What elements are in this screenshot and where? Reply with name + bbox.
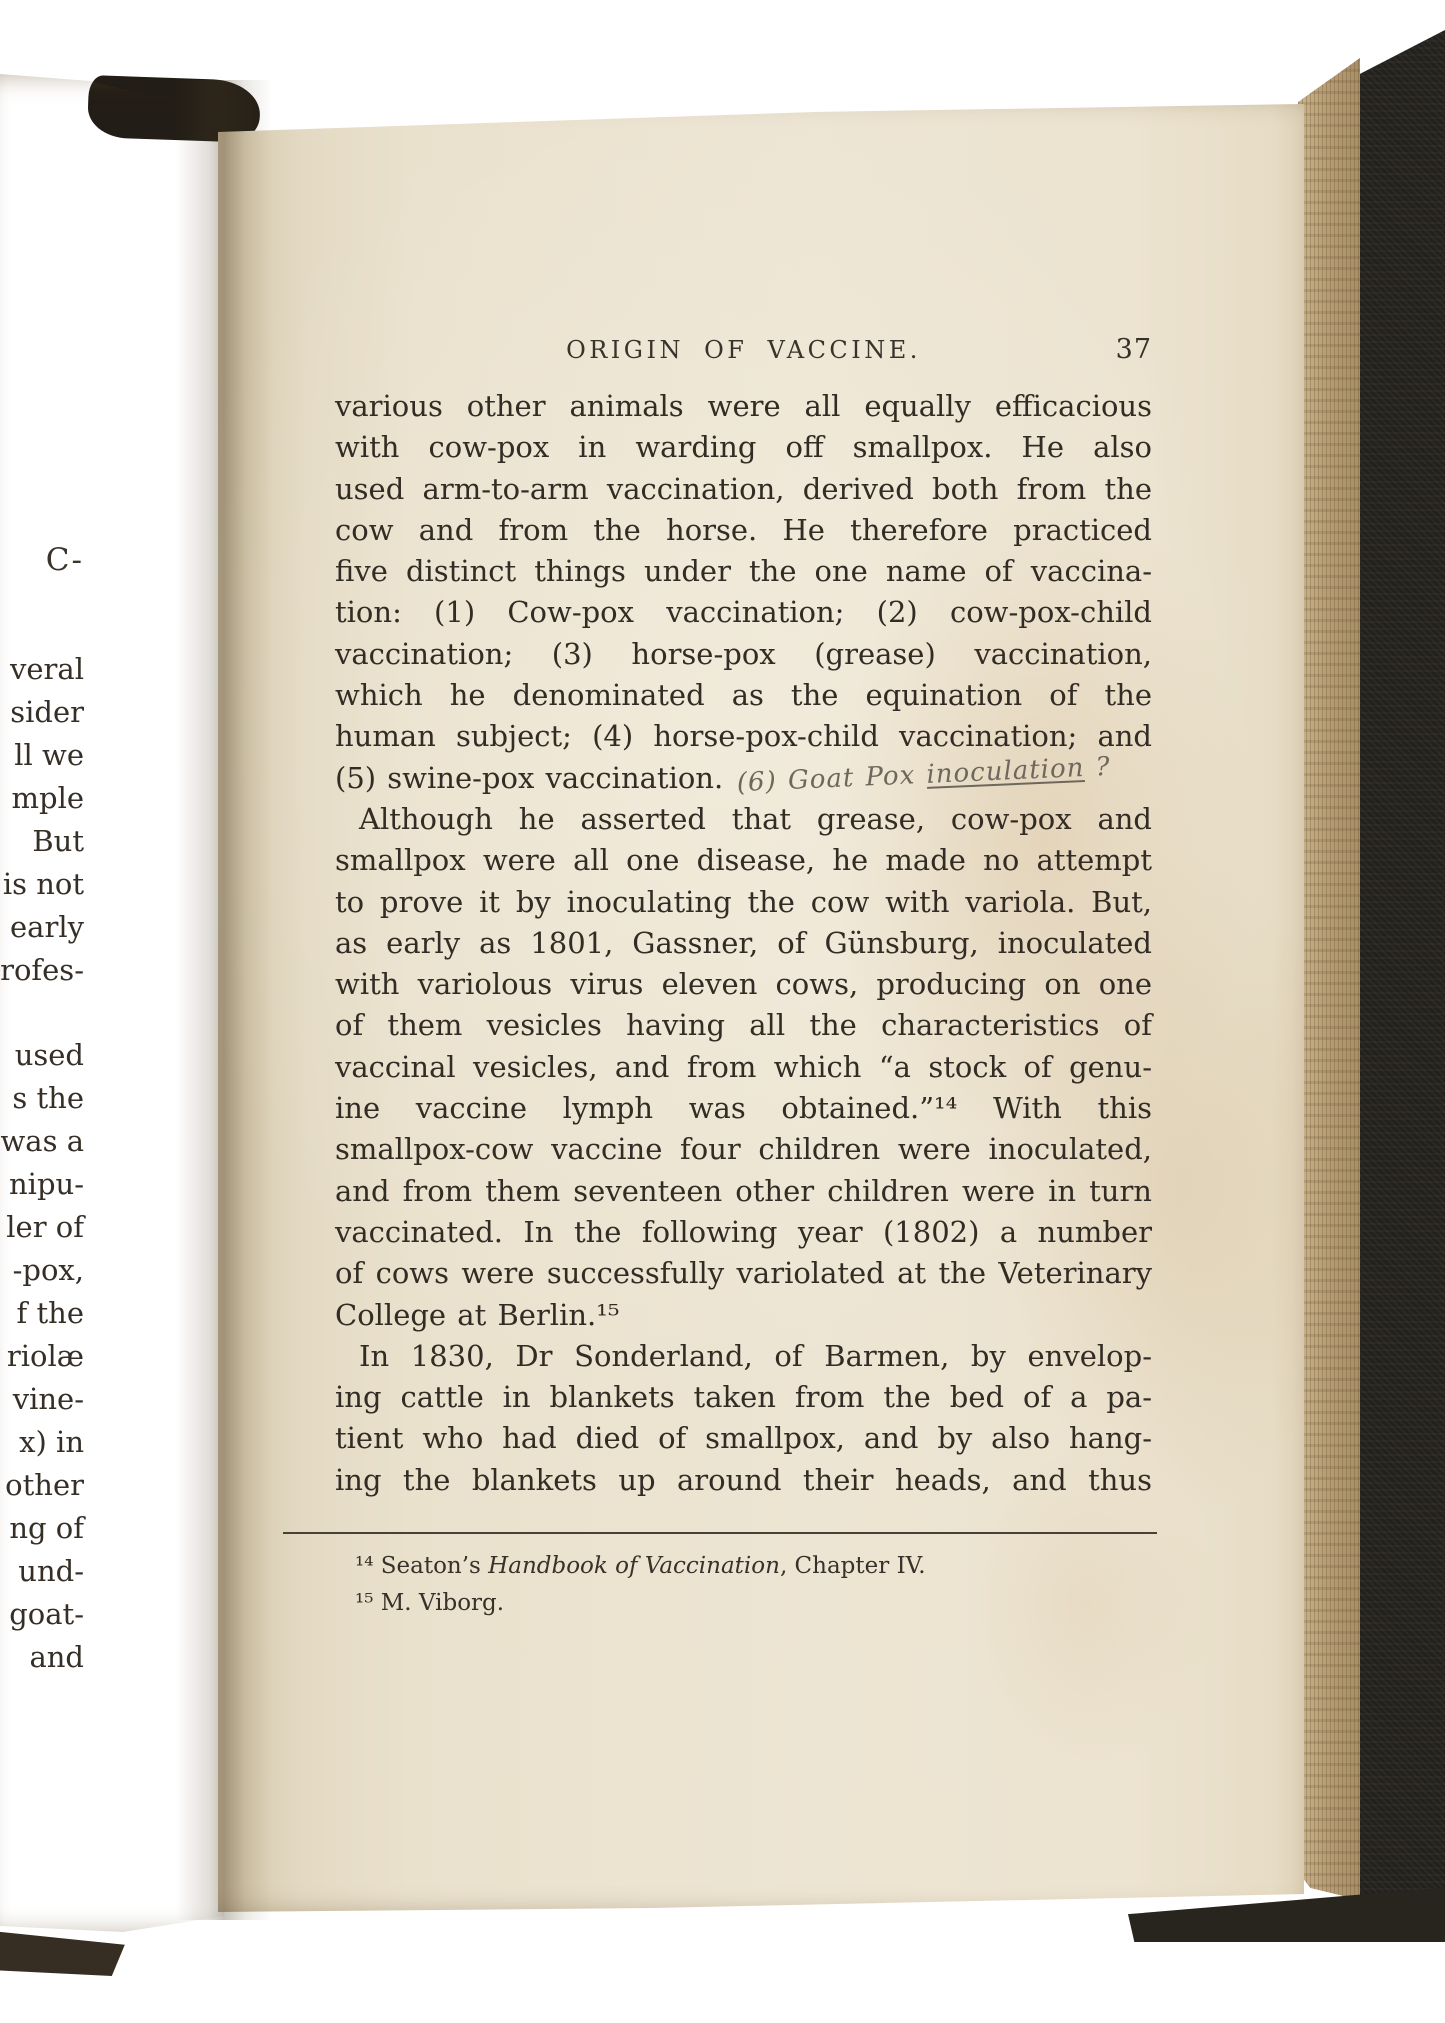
body-line: vaccinated. In the following year (1802)…	[335, 1212, 1152, 1253]
body-line: with variolous virus eleven cows, produc…	[335, 964, 1152, 1005]
left-page-text-fragments: C-veralsiderll wempleButis notearlyrofes…	[0, 538, 84, 1679]
body-line: ing cattle in blankets taken from the be…	[335, 1377, 1152, 1418]
left-page-fragment: mple	[0, 777, 84, 820]
left-page-fragment: was a	[0, 1120, 84, 1163]
left-page: C-veralsiderll wempleButis notearlyrofes…	[0, 72, 224, 1934]
body-line: used arm-to-arm vaccination, derived bot…	[335, 469, 1152, 510]
running-head: ORIGIN OF VACCINE. 37	[335, 336, 1152, 370]
left-page-fragment: goat-	[0, 1593, 84, 1636]
body-line: of cows were successfully variolated at …	[335, 1253, 1152, 1294]
body-line: ing the blankets up around their heads, …	[335, 1460, 1152, 1501]
left-page-fragment: rofes-	[0, 949, 84, 992]
left-page-fragment: and	[0, 1636, 84, 1679]
body-line: with cow-pox in warding off smallpox. He…	[335, 427, 1152, 468]
body-line: (5) swine-pox vaccination.(6) Goat Pox i…	[335, 758, 1152, 799]
left-page-fragment: x) in	[0, 1421, 84, 1464]
body-line: and from them seventeen other children w…	[335, 1171, 1152, 1212]
body-line: tion: (1) Cow-pox vaccination; (2) cow-p…	[335, 592, 1152, 633]
left-page-fragment: veral	[0, 648, 84, 691]
left-page-fragment: is not	[0, 863, 84, 906]
left-page-fragment: ll we	[0, 734, 84, 777]
right-page: ORIGIN OF VACCINE. 37 various other anim…	[218, 96, 1304, 1912]
left-page-fragment: riolæ	[0, 1335, 84, 1378]
book-cover-corner	[0, 1930, 130, 1976]
body-line: tient who had died of smallpox, and by a…	[335, 1418, 1152, 1459]
body-line: In 1830, Dr Sonderland, of Barmen, by en…	[335, 1336, 1152, 1377]
left-page-fragment: used	[0, 1034, 84, 1077]
body-line: cow and from the horse. He therefore pra…	[335, 510, 1152, 551]
body-line: which he denominated as the equination o…	[335, 675, 1152, 716]
left-page-fragment: s the	[0, 1077, 84, 1120]
body-line: ine vaccine lymph was obtained.”¹⁴ With …	[335, 1088, 1152, 1129]
left-page-fragment: ler of	[0, 1206, 84, 1249]
body-line: to prove it by inoculating the cow with …	[335, 882, 1152, 923]
body-line: vaccination; (3) horse-pox (grease) vacc…	[335, 634, 1152, 675]
page-fore-edge	[1298, 58, 1360, 1906]
body-line: College at Berlin.¹⁵	[335, 1295, 1152, 1336]
book-cover-edge	[1352, 26, 1445, 1940]
page-number: 37	[1116, 334, 1152, 365]
footnote: ¹⁵ M. Viborg.	[355, 1585, 1172, 1622]
body-line: Although he asserted that grease, cow-po…	[335, 799, 1152, 840]
body-line: five distinct things under the one name …	[335, 551, 1152, 592]
body-line: smallpox were all one disease, he made n…	[335, 840, 1152, 881]
left-page-fragment: vine-	[0, 1378, 84, 1421]
left-page-fragment: ng of	[0, 1507, 84, 1550]
page-title: ORIGIN OF VACCINE.	[335, 336, 1152, 364]
body-line: vaccinal vesicles, and from which “a sto…	[335, 1047, 1152, 1088]
footnotes: ¹⁴ Seaton’s Handbook of Vaccination, Cha…	[335, 1548, 1172, 1622]
book-photograph: C-veralsiderll wempleButis notearlyrofes…	[0, 0, 1445, 2023]
body-line: various other animals were all equally e…	[335, 386, 1152, 427]
body-line: as early as 1801, Gassner, of Günsburg, …	[335, 923, 1152, 964]
left-page-fragment: But	[0, 820, 84, 863]
left-page-fragment: nipu-	[0, 1163, 84, 1206]
left-page-fragment: -pox,	[0, 1249, 84, 1292]
left-page-fragment: early	[0, 906, 84, 949]
left-page-fragment: other	[0, 1464, 84, 1507]
body-line: of them vesicles having all the characte…	[335, 1005, 1152, 1046]
left-page-fragment: f the	[0, 1292, 84, 1335]
left-page-fragment: sider	[0, 691, 84, 734]
body-line: smallpox-cow vaccine four children were …	[335, 1129, 1152, 1170]
left-page-fragment: C-	[0, 538, 84, 582]
footnote-rule	[283, 1532, 1157, 1534]
body-text: various other animals were all equally e…	[335, 386, 1152, 1501]
footnote: ¹⁴ Seaton’s Handbook of Vaccination, Cha…	[355, 1548, 1172, 1585]
left-page-fragment: und-	[0, 1550, 84, 1593]
